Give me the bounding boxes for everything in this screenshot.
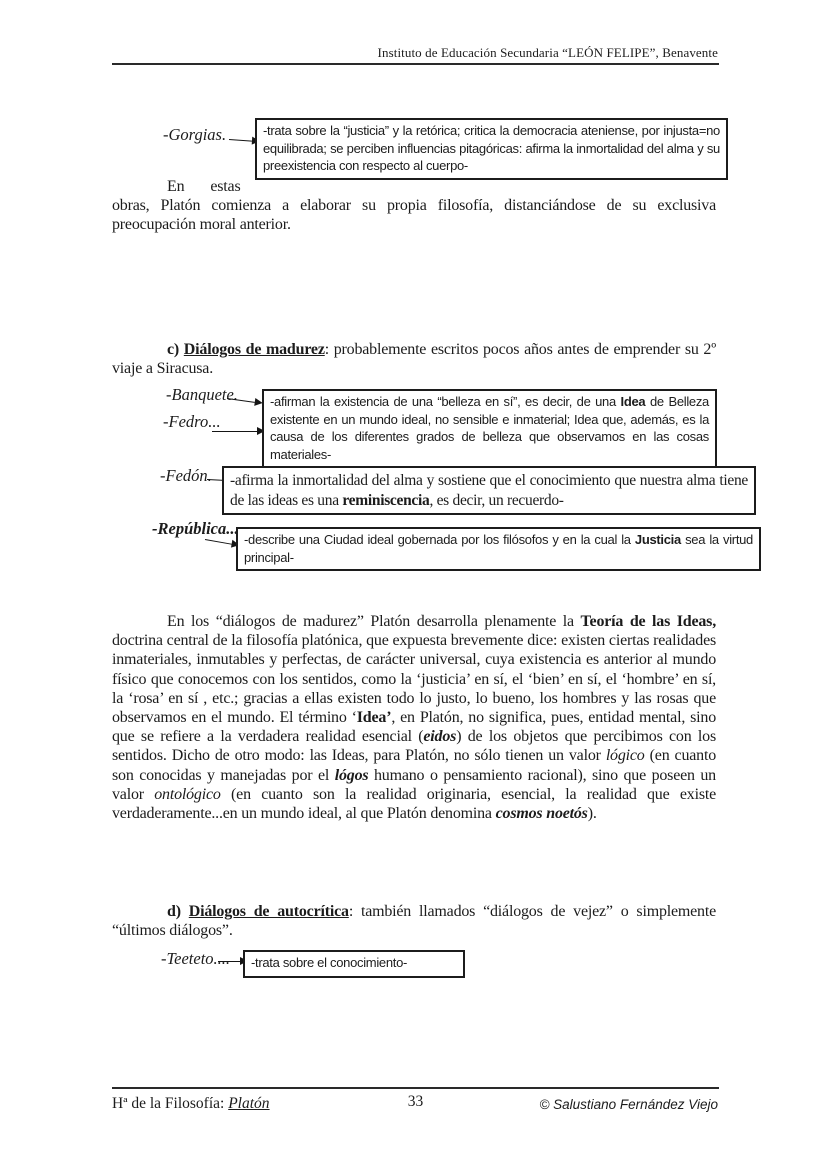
heading-dialogos-madurez: c) Diálogos de madurez: probablemente es… bbox=[112, 340, 716, 378]
header-institute-text: Instituto de Educación Secundaria “LEÓN … bbox=[378, 45, 718, 61]
gorgias-note-box: -trata sobre la “justicia” y la retórica… bbox=[255, 118, 728, 180]
intro-body: obras, Platón comienza a elaborar su pro… bbox=[112, 196, 716, 234]
fedon-label: -Fedón. bbox=[160, 466, 212, 486]
fedon-note-box: -afirma la inmortalidad del alma y sosti… bbox=[222, 466, 756, 515]
footer-rule bbox=[112, 1087, 719, 1089]
teeteto-arrow-icon bbox=[218, 961, 240, 962]
intro-word-en: En bbox=[167, 178, 184, 195]
maturity-note-box: -afirman la existencia de una “belleza e… bbox=[262, 389, 717, 468]
fedro-arrow-icon bbox=[212, 431, 257, 432]
heading-dialogos-autocritica: d) Diálogos de autocrítica: también llam… bbox=[112, 902, 716, 940]
republica-arrow-icon bbox=[205, 539, 232, 545]
republica-note-box: -describe una Ciudad ideal gobernada por… bbox=[236, 527, 761, 571]
header-rule bbox=[112, 63, 719, 65]
footer-course-title: Hª de la Filosofía: Platón bbox=[112, 1095, 270, 1113]
gorgias-arrow-icon bbox=[229, 139, 252, 142]
republica-label: -República.... bbox=[152, 519, 243, 539]
intro-paragraph: Enestas obras, Platón comienza a elabora… bbox=[112, 177, 716, 235]
teoria-ideas-paragraph: En los “diálogos de madurez” Platón desa… bbox=[112, 612, 716, 823]
fedro-label: -Fedro... bbox=[163, 412, 221, 432]
teeteto-label: -Teeteto.... bbox=[161, 949, 230, 969]
banquete-label: -Banquete. bbox=[166, 385, 238, 405]
footer-copyright: © Salustiano Fernández Viejo bbox=[539, 1097, 718, 1112]
document-page: Instituto de Educación Secundaria “LEÓN … bbox=[0, 0, 828, 1171]
intro-word-estas: estas bbox=[210, 178, 240, 195]
gorgias-label: -Gorgias. bbox=[163, 125, 226, 145]
teeteto-note-box: -trata sobre el conocimiento- bbox=[243, 950, 465, 978]
